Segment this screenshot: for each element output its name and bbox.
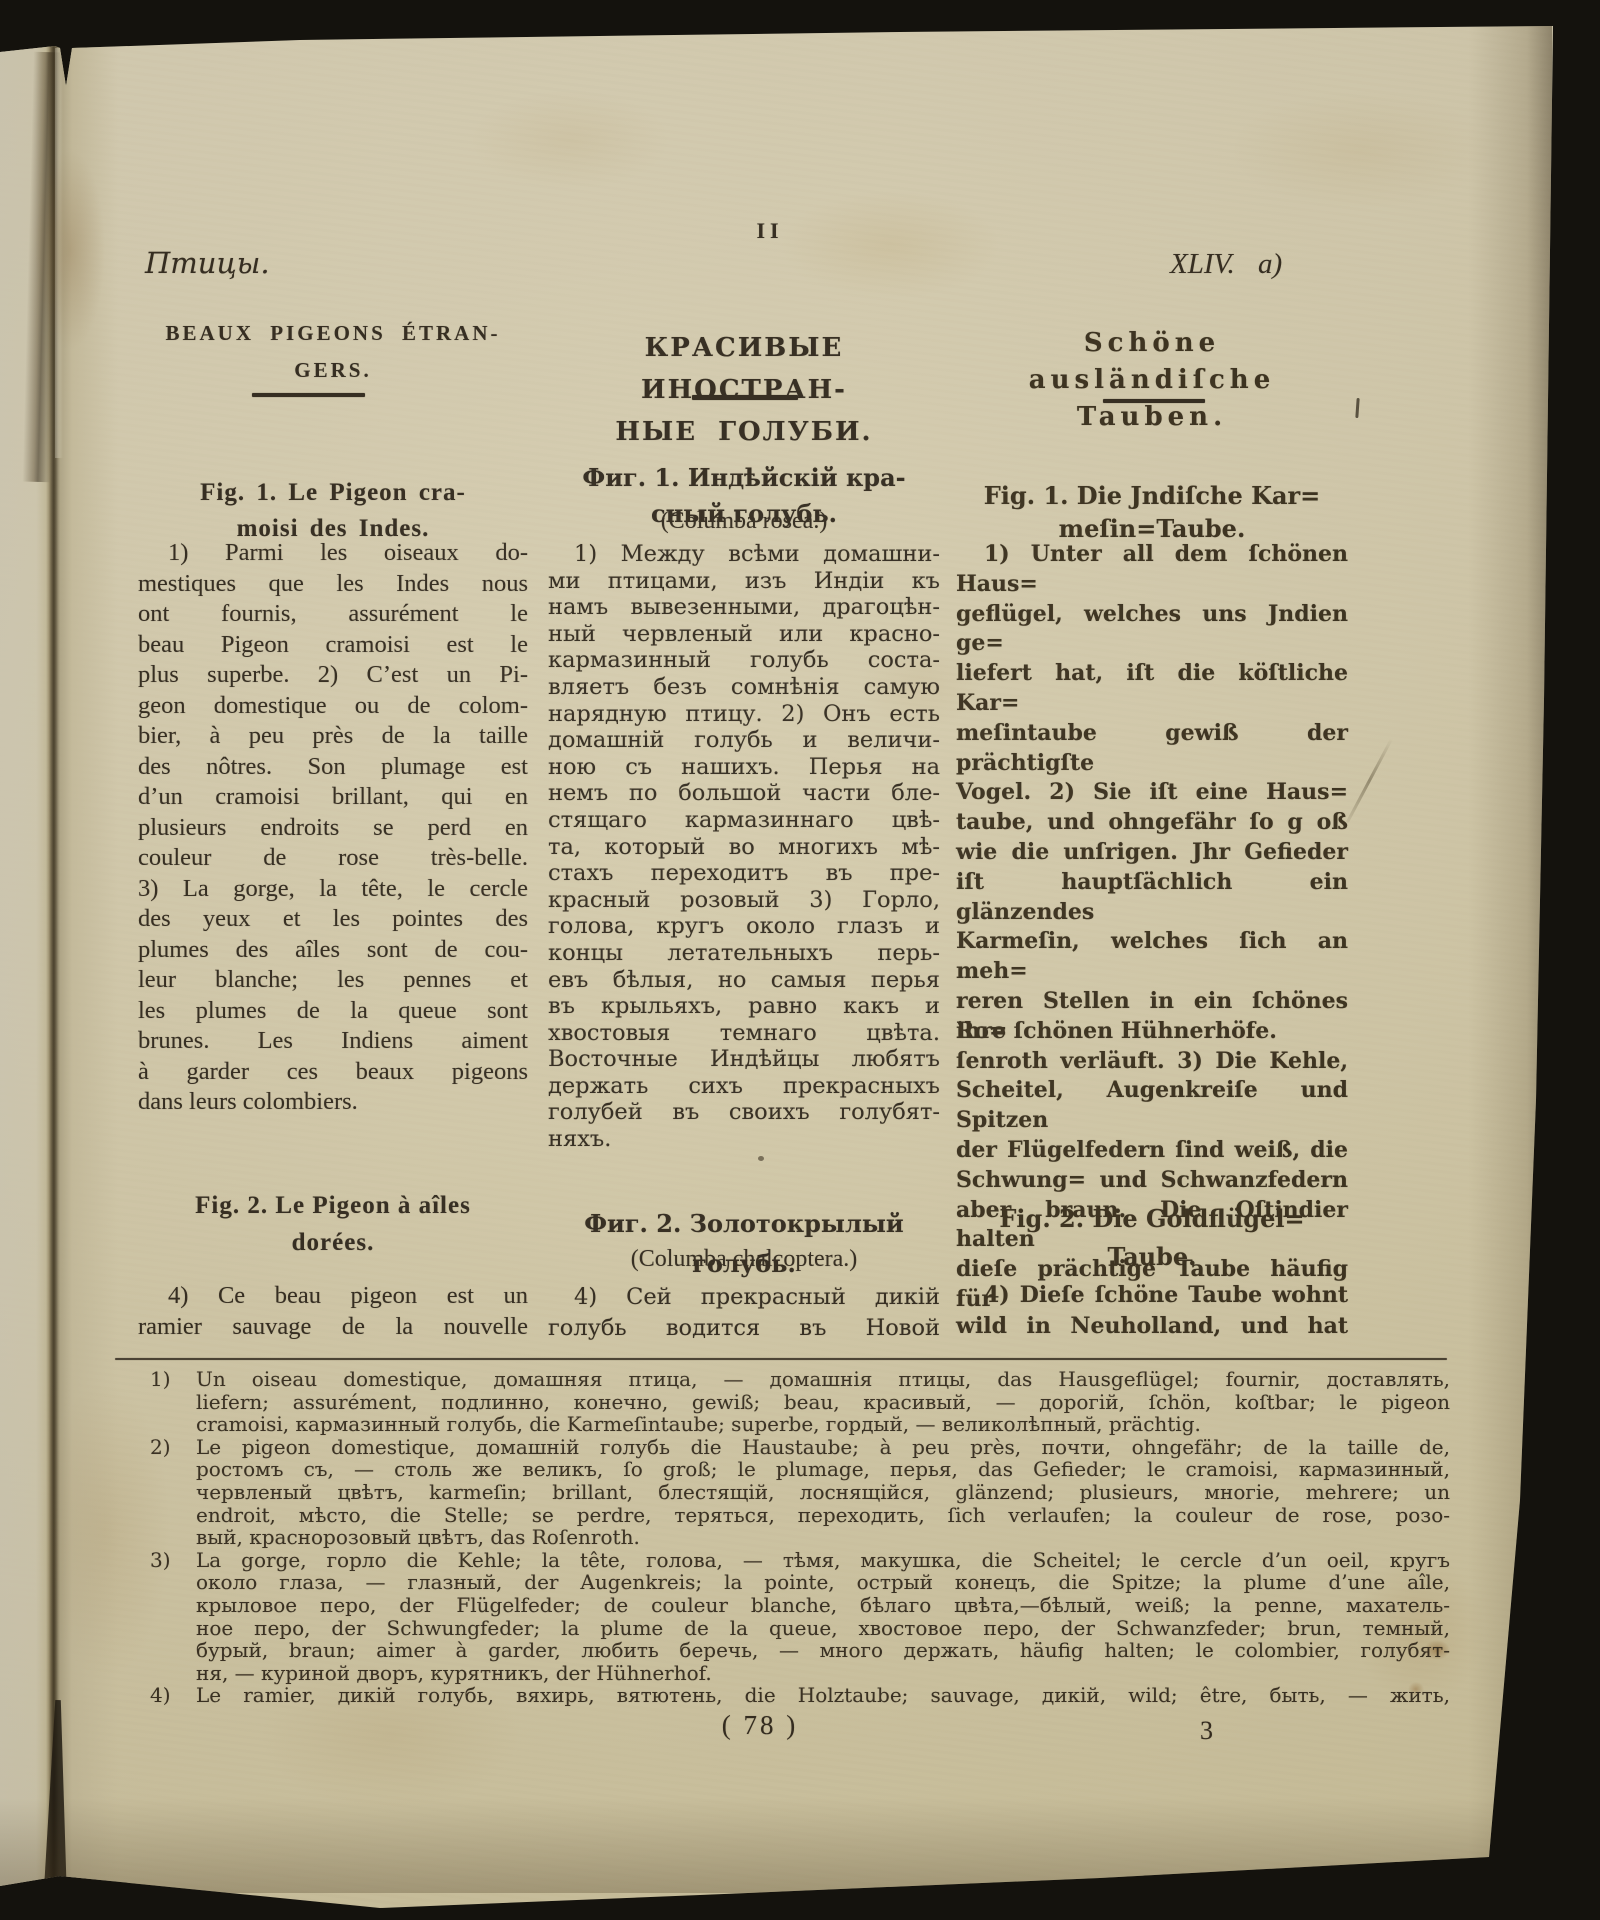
fig2-heading-french: Fig. 2. Le Pigeon à aîles dorées. (138, 1187, 528, 1261)
divider-rule-german (1103, 399, 1205, 403)
footnote-text-last-line: cramoisi, кармазинный голубь, die Karmeſ… (196, 1413, 1450, 1436)
fig1-text-russian: 1) Между всѣми домашни- ми птицами, изъ … (548, 541, 940, 1126)
ink-margin-mark (1355, 398, 1359, 418)
fig1-text-french: 1) Parmi les oiseaux do- mestiques que l… (138, 538, 528, 1087)
footnote-1: 1) Un oiseau domestique, домашняя птица,… (150, 1368, 1450, 1436)
signature-mark: 3 (1200, 1716, 1213, 1746)
page-number-folio: II (700, 218, 840, 244)
fig1-text-french-last-line: dans leurs colombiers. (138, 1087, 528, 1118)
column-heading-french: BEAUX PIGEONS ÉTRAN- GERS. (138, 315, 528, 389)
fig2-species-name: (Columba chalcoptera.) (548, 1246, 940, 1273)
footnote-text: La gorge, горло die Kehle; la tête, голо… (196, 1549, 1450, 1662)
footnote-text-last-line: ня, — куриной дворъ, курятникъ, der Hühn… (196, 1662, 1450, 1685)
footnote-number: 2) (150, 1436, 196, 1459)
footnote-number: 4) (150, 1684, 196, 1707)
fig2-text-russian: 4) Сей прекрасный дикій голубь водится в… (548, 1282, 940, 1344)
footnote-text: Le ramier, дикій голубь, вяхирь, вятютен… (196, 1684, 1450, 1707)
divider-rule-french (252, 393, 365, 397)
gutter-crease-line (49, 0, 58, 1920)
footnote-3: 3) La gorge, горло die Kehle; la tête, г… (150, 1549, 1450, 1685)
fig2-heading-german: Fig. 2. Die Goldflügel= Taube. (956, 1200, 1348, 1276)
running-head-left: Птицы. (145, 246, 270, 280)
fig1-text-german: 1) Unter all dem ſchönen Haus= geflügel,… (956, 540, 1348, 1315)
fig2-text-french: 4) Ce beau pigeon est un ramier sauvage … (138, 1280, 528, 1342)
footnote-number: 3) (150, 1549, 196, 1572)
fig1-text-german-last-line: ihre ſchönen Hühnerhöfe. (956, 1017, 1348, 1047)
page-right-edge-shading (1468, 20, 1552, 1880)
fig1-text-russian-last-line: няхъ. (548, 1126, 940, 1153)
footnote-2: 2) Le pigeon domestique, домашній голубь… (150, 1436, 1450, 1549)
column-heading-russian: КРАСИВЫЕ ИНОСТРАН- НЫЕ ГОЛУБИ. (548, 327, 940, 453)
footnote-4: 4) Le ramier, дикій голубь, вяхирь, вятю… (150, 1684, 1450, 1707)
paper-stain (470, 90, 670, 190)
running-head-right: XLIV. a) (1170, 248, 1282, 281)
page-number-footer: ( 78 ) (680, 1710, 840, 1741)
fig1-heading-french: Fig. 1. Le Pigeon cra- moisi des Indes. (138, 475, 528, 547)
paper-stain (780, 190, 1000, 300)
footnote-text-last-line: вый, краснорозовый цвѣтъ, das Roſenroth. (196, 1526, 1450, 1549)
column-heading-german: Schöne ausländiſche Tauben. (956, 325, 1348, 436)
ink-speck (758, 1156, 764, 1161)
divider-rule-russian (692, 395, 798, 400)
fig2-text-german: 4) Dieſe ſchöne Taube wohnt wild in Neuh… (956, 1280, 1348, 1342)
scanned-book-page: II Птицы. XLIV. a) BEAUX PIGEONS ÉTRAN- … (0, 0, 1600, 1920)
footnote-separator-rule (115, 1358, 1447, 1360)
paper-stain (1230, 90, 1490, 210)
fig1-heading-german: Fig. 1. Die Jndiſche Kar= meſin=Taube. (956, 479, 1348, 545)
footnote-text: Un oiseau domestique, домашняя птица, — … (196, 1368, 1450, 1413)
pencil-margin-mark (1346, 738, 1393, 823)
fig1-species-name: (Columba rosea.) (548, 508, 940, 535)
footnotes-block: 1) Un oiseau domestique, домашняя птица,… (150, 1368, 1450, 1707)
page-bottom-edge-shading (0, 1798, 1600, 1893)
footnote-number: 1) (150, 1368, 196, 1391)
footnote-text: Le pigeon domestique, домашній голубь di… (196, 1436, 1450, 1526)
